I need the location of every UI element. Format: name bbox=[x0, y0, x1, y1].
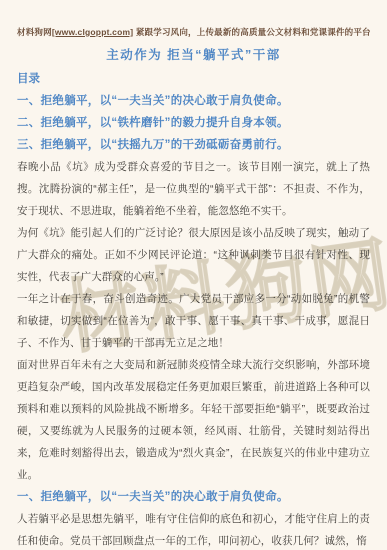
site-url-link[interactable]: [www.clgoppt.com] bbox=[52, 27, 133, 37]
paragraph: 人若躺平必是思想先躺平，唯有守住信仰的底色和初心，才能守住肩上的责任和使命。党员… bbox=[17, 508, 370, 550]
paragraph: 面对世界百年未有之大变局和新冠肺炎疫情全球大流行交织影响，外部环境更趋复杂严峻，… bbox=[17, 354, 370, 486]
site-name: 材料狗网 bbox=[17, 27, 52, 37]
document-page: 材料狗网 材料狗网[www.clgoppt.com] 紧跟学习风向，上传最新的高… bbox=[0, 0, 387, 550]
document-title: 主动作为 拒当“躺平式”干部 bbox=[17, 45, 370, 63]
document-content: 材料狗网[www.clgoppt.com] 紧跟学习风向，上传最新的高质量公文材… bbox=[0, 0, 387, 550]
site-header: 材料狗网[www.clgoppt.com] 紧跟学习风向，上传最新的高质量公文材… bbox=[17, 26, 370, 38]
paragraph: 春晚小品《坑》成为受群众喜爱的节目之一。该节目刚一演完，就上了热搜。沈腾扮演的“… bbox=[17, 156, 370, 222]
toc-item-1: 一、拒绝躺平，以“一夫当关”的决心敢于肩负使命。 bbox=[17, 90, 370, 112]
section1-heading: 一、拒绝躺平，以“一夫当关”的决心敢于肩负使命。 bbox=[17, 486, 370, 508]
paragraph: 一年之计在于春，奋斗创造奇迹。广大党员干部应多一分“动如脱兔”的机警和敏捷，切实… bbox=[17, 288, 370, 354]
toc-item-2: 二、拒绝躺平，以“铁杵磨针”的毅力提升自身本领。 bbox=[17, 112, 370, 134]
toc-heading: 目录 bbox=[17, 68, 370, 90]
paragraph: 为何《坑》能引起人们的广泛讨论？很大原因是该小品反映了现实，触动了广大群众的痛处… bbox=[17, 222, 370, 288]
toc-item-3: 三、拒绝躺平，以“扶摇九万”的干劲砥砺奋勇前行。 bbox=[17, 134, 370, 156]
site-tagline: 紧跟学习风向，上传最新的高质量公文材料和党课课件的平台 bbox=[133, 27, 370, 37]
